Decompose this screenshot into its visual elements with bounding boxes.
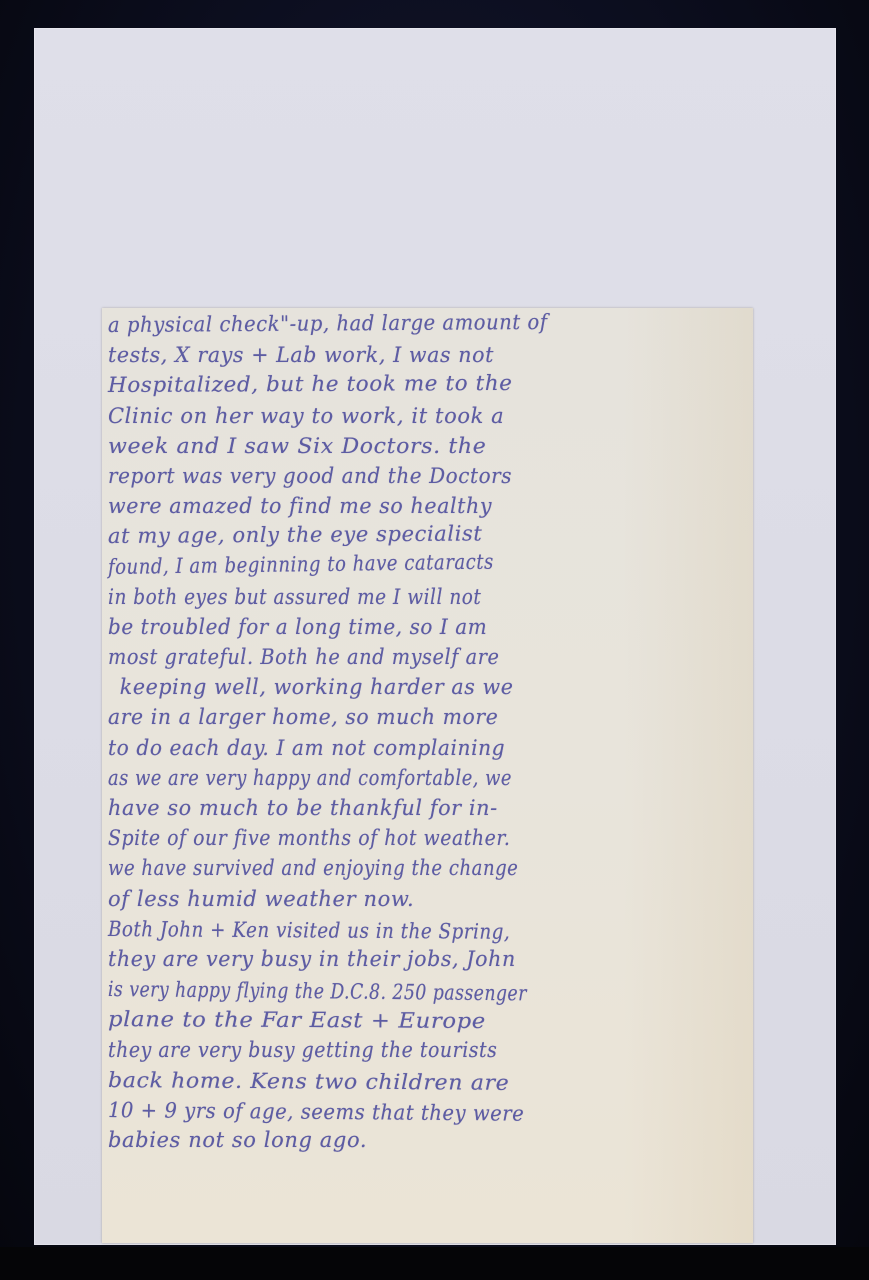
letter-line: of less humid weather now. — [108, 884, 749, 914]
letter-line: as we are very happy and comfortable, we — [108, 763, 653, 793]
letter-body: a physical check"-up, had large amount o… — [108, 310, 749, 1155]
letter-line: Both John + Ken visited us in the Spring… — [108, 914, 666, 948]
letter-line: Hospitalized, but he took me to the — [108, 367, 762, 401]
letter-page: a physical check"-up, had large amount o… — [102, 308, 753, 1243]
letter-line: week and I saw Six Doctors. the — [108, 431, 781, 461]
letter-line: Spite of our five months of hot weather. — [108, 823, 685, 853]
letter-line: are in a larger home, so much more — [108, 702, 730, 732]
letter-line: in both eyes but assured me I will not — [108, 582, 672, 612]
letter-line: Clinic on her way to work, it took a — [108, 401, 749, 431]
letter-line: tests, X rays + Lab work, I was not — [108, 340, 736, 370]
letter-line: back home. Kens two children are — [108, 1065, 781, 1100]
letter-line: to do each day. I am not complaining — [108, 733, 723, 763]
letter-line: be troubled for a long time, so I am — [108, 612, 717, 642]
letter-line: we have survived and enjoying the change — [108, 853, 659, 883]
letter-line: a physical check"-up, had large amount o… — [108, 306, 704, 340]
letter-line: have so much to be thankful for in- — [108, 793, 743, 823]
letter-line: keeping well, working harder as we — [108, 672, 736, 702]
letter-line: they are very busy getting the tourists — [108, 1035, 685, 1065]
letter-line: they are very busy in their jobs, John — [108, 944, 736, 974]
letter-line: babies not so long ago. — [108, 1125, 749, 1155]
letter-line: most grateful. Both he and myself are — [108, 642, 698, 672]
letter-line: plane to the Far East + Europe — [108, 1004, 800, 1038]
letter-line: report was very good and the Doctors — [108, 461, 717, 491]
bottom-band — [0, 1247, 869, 1280]
